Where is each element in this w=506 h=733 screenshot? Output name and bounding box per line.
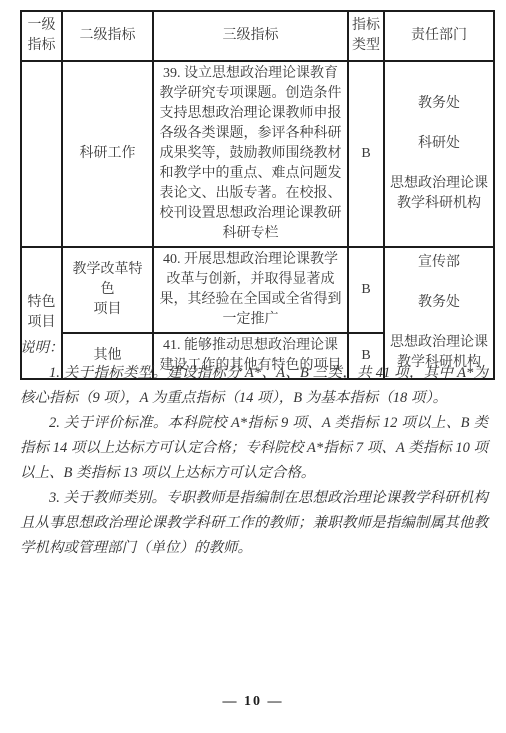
column-header-level1: 一级 指标 — [21, 11, 62, 61]
document-page: 一级 指标 二级指标 三级指标 指标 类型 责任部门 科研工作 39. 设立思想… — [0, 0, 506, 733]
note-item-3: 3. 关于教师类别。专职教师是指编制在思想政治理论课教学科研机构且从事思想政治理… — [20, 486, 488, 561]
note-item-2: 2. 关于评价标准。本科院校 A*指标 9 项、A 类指标 12 项以上、B 类… — [20, 411, 488, 486]
table-row-indicator-39: 科研工作 39. 设立思想政治理论课教育教学研究专项课题。创造条件支持思想政治理… — [21, 61, 494, 247]
cell-indicator-40-text: 40. 开展思想政治理论课教学改革与创新，并取得显著成果，其经验在全国或全省得到… — [153, 247, 348, 333]
cell-level2-teaching-reform: 教学改革特色 项目 — [62, 247, 153, 333]
table-row-indicator-40: 特色 项目 教学改革特色 项目 40. 开展思想政治理论课教学改革与创新，并取得… — [21, 247, 494, 333]
cell-indicator-39-text: 39. 设立思想政治理论课教育教学研究专项课题。创造条件支持思想政治理论课教师申… — [153, 61, 348, 247]
note-item-1: 1. 关于指标类型。建设指标分 A*、A、B 三类，共 41 项，其中 A*为核… — [20, 361, 488, 411]
cell-level1-empty — [21, 61, 62, 247]
notes-title: 说明： — [20, 336, 488, 361]
page-number: — 10 — — [0, 694, 506, 710]
column-header-type: 指标 类型 — [348, 11, 384, 61]
cell-level2-research-work: 科研工作 — [62, 61, 153, 247]
cell-indicator-39-type: B — [348, 61, 384, 247]
column-header-level3: 三级指标 — [153, 11, 348, 61]
column-header-level2: 二级指标 — [62, 11, 153, 61]
column-header-dept: 责任部门 — [384, 11, 494, 61]
indicator-table-container: 一级 指标 二级指标 三级指标 指标 类型 责任部门 科研工作 39. 设立思想… — [20, 10, 495, 380]
table-header-row: 一级 指标 二级指标 三级指标 指标 类型 责任部门 — [21, 11, 494, 61]
cell-indicator-40-type: B — [348, 247, 384, 333]
indicator-table: 一级 指标 二级指标 三级指标 指标 类型 责任部门 科研工作 39. 设立思想… — [20, 10, 495, 380]
cell-indicator-39-dept: 教务处 科研处 思想政治理论课 教学科研机构 — [384, 61, 494, 247]
notes-section: 说明： 1. 关于指标类型。建设指标分 A*、A、B 三类，共 41 项，其中 … — [20, 336, 488, 561]
